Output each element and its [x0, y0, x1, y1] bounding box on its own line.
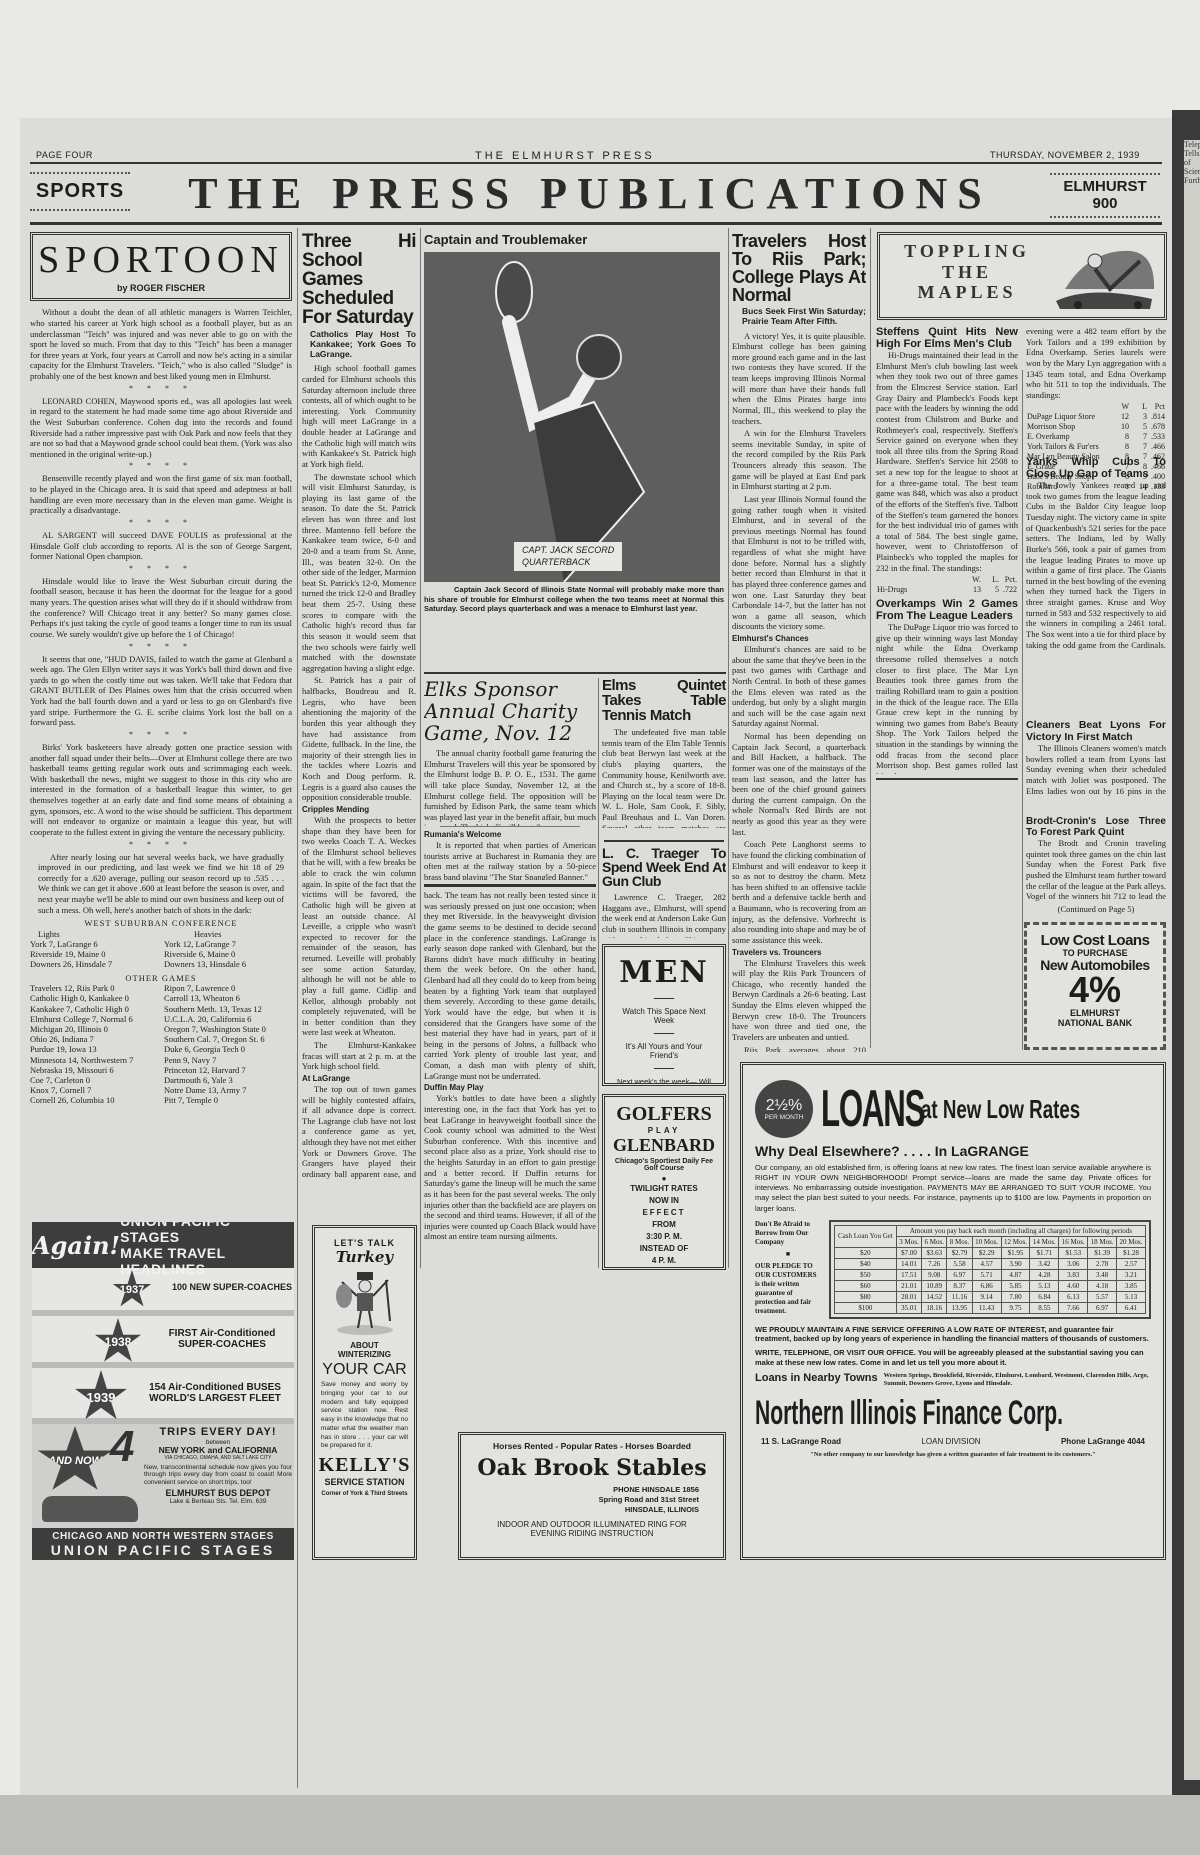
- hi-school-article: Three Hi School Games Scheduled For Satu…: [302, 232, 416, 1182]
- paper-name: THE ELMHURST PRESS: [475, 150, 655, 162]
- score-line: Michigan 20, Illinois 0: [30, 1024, 158, 1034]
- trips-headline: TRIPS EVERY DAY!: [144, 1426, 292, 1439]
- cell: $40: [835, 1258, 897, 1269]
- cell: $1.53: [1059, 1247, 1088, 1258]
- cell: 3.90: [1001, 1258, 1030, 1269]
- article-headline: Overkamps Win 2 Games From The League Le…: [876, 598, 1018, 622]
- separator-stars: * * * *: [30, 564, 292, 574]
- table-header-row: W.L.Pct.: [876, 575, 1018, 585]
- rates-line: EFFECT: [605, 1207, 723, 1219]
- lets-talk: LET'S TALK: [315, 1238, 414, 1248]
- article-paragraph: The Illinois Cleaners women's match bowl…: [1026, 743, 1166, 798]
- score-line: Catholic High 0, Kankakee 0: [30, 993, 158, 1003]
- stat-cell: 7: [1130, 442, 1148, 452]
- cell: 8.55: [1030, 1302, 1059, 1313]
- stat-cell: 7: [1130, 432, 1148, 442]
- ad-footer: CHICAGO AND NORTH WESTERN STAGES UNION P…: [32, 1528, 294, 1560]
- lights-label: Lights: [30, 929, 158, 939]
- article-paragraph: It is reported that when parties of Amer…: [424, 840, 596, 880]
- header-cell: Pct: [1148, 402, 1166, 412]
- trips-section: AND NOW 4 TRIPS EVERY DAY! between NEW Y…: [32, 1424, 294, 1528]
- table-row: $8028.0114.5211.169.147.806.846.135.575.…: [835, 1291, 1146, 1302]
- score-line: Downers 26, Hinsdale 7: [30, 959, 158, 969]
- twilight-rates: TWILIGHT RATES NOW IN EFFECT FROM 3:30 P…: [605, 1183, 723, 1267]
- stables-footer: INDOOR AND OUTDOOR ILLUMINATED RING FOR …: [481, 1520, 703, 1538]
- stat-cell: 8: [1112, 432, 1130, 442]
- sportoon-paragraph: AL SARGENT will succeed DAVE FOULIS as p…: [30, 530, 292, 562]
- cell: $2.79: [947, 1247, 972, 1258]
- sportoon-paragraph: LEONARD COHEN, Maywood sports ed., was a…: [30, 396, 292, 460]
- cell: 17.51: [896, 1269, 921, 1280]
- article-paragraph: Riis Park averages about 210 pounds thro…: [732, 1045, 866, 1052]
- bank-name: ELMHURST: [1027, 1008, 1163, 1018]
- article-headline: Elks Sponsor Annual Charity Game, Nov. 1…: [424, 678, 596, 744]
- article-headline: Brodt-Cronin's Lose Three To Forest Park…: [1026, 816, 1166, 838]
- golfers-heading: GOLFERS: [605, 1103, 723, 1126]
- article-paragraph: evening were a 482 team effort by the Yo…: [1026, 326, 1166, 400]
- team-cell: Morrison Shop: [1026, 422, 1112, 432]
- cell: 18.16: [922, 1302, 947, 1313]
- subsection-heading: Elmhurst's Chances: [732, 634, 866, 644]
- column-divider: [297, 228, 298, 1788]
- station-address: Corner of York & Third Streets: [315, 1491, 414, 1497]
- column-divider: [598, 678, 599, 1268]
- cell: 9.14: [972, 1291, 1001, 1302]
- cell: 4.60: [1059, 1280, 1088, 1291]
- article-headline: Three Hi School Games Scheduled For Satu…: [302, 232, 416, 327]
- subsection-heading: Travelers vs. Trouncers: [732, 948, 866, 958]
- article-headline: Elms Quintet Takes Table Tennis Match: [602, 678, 726, 723]
- article-subhead: Bucs Seek First Win Saturday; Prairie Te…: [742, 307, 866, 327]
- cell: 11.16: [947, 1291, 972, 1302]
- cell: 14.01: [896, 1258, 921, 1269]
- table-row: $5017.519.086.975.714.874.283.833.483.21: [835, 1269, 1146, 1280]
- golf-address: Roosevelt Rd. at Glen Ellyn: [605, 1267, 723, 1270]
- photo-label: CAPT. JACK SECORD QUARTERBACK: [514, 542, 622, 571]
- article-paragraph: Elmhurst's chances are said to be about …: [732, 644, 866, 729]
- year-row: 1938 FIRST Air-Conditioned SUPER-COACHES: [32, 1316, 294, 1368]
- badge-rate: 2½%: [766, 1098, 802, 1114]
- glenbard-heading: GLENBARD: [605, 1135, 723, 1156]
- banner-title: TOPPLING THE MAPLES: [892, 241, 1042, 303]
- article-paragraph: The Elmhurst-Kankakee fracas will start …: [302, 1040, 416, 1072]
- column-divider: [728, 228, 729, 1268]
- conference-scores: Lights Heavies York 7, LaGrange 6 York 1…: [30, 929, 292, 970]
- cell: 7.80: [1001, 1291, 1030, 1302]
- bus-icon: [42, 1496, 138, 1522]
- contact-line: Spring Road and 31st Street: [461, 1495, 699, 1505]
- score-line: Downers 13, Hinsdale 6: [164, 959, 292, 969]
- steffens-article: Steffens Quint Hits New High For Elms Me…: [876, 326, 1018, 594]
- kellys-service-ad: LET'S TALK Turkey ABOUT WINTERIZING YOUR…: [312, 1225, 417, 1560]
- again-script: Again!: [32, 1231, 120, 1260]
- article-paragraph: The downstate school which will visit El…: [302, 472, 416, 674]
- stat-cell: 13: [964, 585, 982, 594]
- sidebar-text: OUR PLEDGE TO OUR CUSTOMERS is their wri…: [755, 1262, 821, 1317]
- banner-line: THE: [892, 262, 1042, 283]
- phone-exchange: ELMHURST: [1050, 178, 1160, 195]
- star-icon: 1937: [112, 1270, 152, 1310]
- cell: 35.01: [896, 1302, 921, 1313]
- bank-line: Low Cost Loans: [1027, 933, 1163, 948]
- northern-illinois-finance-ad: 2½% PER MONTH LOANS at New Low Rates Why…: [740, 1062, 1166, 1560]
- score-line: Southern Cal. 7, Oregon St. 6: [164, 1034, 292, 1044]
- score-line: Elmhurst College 7, Normal 6: [30, 1014, 158, 1024]
- table-row: York Tailors & Fur'ers87.466: [1026, 442, 1166, 452]
- subsection-heading: Rumania's Welcome: [424, 830, 596, 840]
- loans-headline-rest: at New Low Rates: [921, 1094, 1080, 1125]
- table-row: DuPage Liquor Store123.814: [1026, 412, 1166, 422]
- header-cell: Amount you pay back each month (includin…: [896, 1225, 1145, 1236]
- pilgrim-illustration-icon: [330, 1266, 400, 1336]
- sportoon-paragraph: Hinsdale would like to leave the West Su…: [30, 576, 292, 640]
- score-line: Penn 9, Navy 7: [164, 1055, 292, 1065]
- header-cell: L: [1130, 402, 1148, 412]
- header-cell: [1026, 402, 1112, 412]
- bank-name: NATIONAL BANK: [1027, 1018, 1163, 1028]
- article-paragraph: York's battles to date have been a sligh…: [424, 1093, 596, 1242]
- photo-caption: Captain Jack Secord of Illinois State No…: [424, 585, 724, 613]
- score-line: Ripon 7, Lawrence 0: [164, 983, 292, 993]
- cell: $3.63: [922, 1247, 947, 1258]
- separator-stars: * * * *: [30, 518, 292, 528]
- loans-write-text: WRITE, TELEPHONE, OR VISIT OUR OFFICE. Y…: [755, 1348, 1151, 1368]
- score-line: Carroll 13, Wheaton 6: [164, 993, 292, 1003]
- elmhurst-national-bank-ad: Low Cost Loans TO PURCHASE New Automobil…: [1024, 922, 1166, 1050]
- score-line: Knox 7, Cornell 7: [30, 1085, 158, 1095]
- oak-brook-stables-ad: Horses Rented - Popular Rates - Horses B…: [458, 1432, 726, 1560]
- cell: 2.57: [1117, 1258, 1146, 1269]
- cell: 3.85: [1117, 1280, 1146, 1291]
- score-line: Oregon 7, Washington State 0: [164, 1024, 292, 1034]
- stat-cell: .814: [1148, 412, 1166, 422]
- team-cell: Hi-Drugs: [876, 585, 964, 594]
- cell: 5.13: [1030, 1280, 1059, 1291]
- team-cell: E. Overkamp: [1026, 432, 1112, 442]
- about-text: ABOUT: [315, 1341, 414, 1350]
- article-paragraph: Lawrence C. Traeger, 282 Haggans ave., E…: [602, 892, 726, 938]
- traeger-article: L. C. Traeger To Spend Week End At Gun C…: [602, 846, 726, 938]
- cell: 28.01: [896, 1291, 921, 1302]
- loans-sidebar: Don't Be Afraid to Borrow from Our Compa…: [755, 1220, 821, 1319]
- sidebar-text: Don't Be Afraid to Borrow from Our Compa…: [755, 1220, 821, 1247]
- cell: $1.39: [1088, 1247, 1117, 1258]
- ad-line: Watch This Space Next Week: [605, 1007, 723, 1025]
- score-line: Riverside 6, Maine 0: [164, 949, 292, 959]
- company-phone: Phone LaGrange 4044: [1061, 1437, 1145, 1446]
- stat-cell: 3: [1130, 412, 1148, 422]
- ad-line: It's All Yours and Your Friend's: [605, 1042, 723, 1060]
- section-rule: [424, 884, 596, 887]
- cell: 13.95: [947, 1302, 972, 1313]
- cell: 10.89: [922, 1280, 947, 1291]
- score-line: Southern Meth. 13, Texas 12: [164, 1004, 292, 1014]
- cell: 3.21: [1117, 1269, 1146, 1280]
- cell: $50: [835, 1269, 897, 1280]
- loans-table-row: Don't Be Afraid to Borrow from Our Compa…: [755, 1220, 1151, 1319]
- cell: 7.26: [922, 1258, 947, 1269]
- cell: 5.13: [1117, 1291, 1146, 1302]
- header-cell: 6 Mos.: [922, 1236, 947, 1247]
- heavies-label: Heavies: [164, 929, 292, 939]
- rates-line: FROM: [605, 1219, 723, 1231]
- separator-stars: * * * *: [30, 461, 292, 471]
- depot-address: Lake & Berteau Sts. Tel. Elm. 639: [144, 1498, 292, 1505]
- square-icon: ■: [755, 1250, 821, 1259]
- stat-cell: 5: [1130, 422, 1148, 432]
- rates-line: TWILIGHT RATES: [605, 1183, 723, 1195]
- separator-stars: * * * *: [30, 730, 292, 740]
- article-paragraph: St. Patrick has a pair of halfbacks, Bou…: [302, 675, 416, 803]
- cell: 4.18: [1088, 1280, 1117, 1291]
- romania-item: Rumania's Welcome It is reported that wh…: [424, 830, 596, 880]
- cell: 3.42: [1030, 1258, 1059, 1269]
- column-divider: [870, 228, 871, 1048]
- label-line: QUARTERBACK: [522, 557, 614, 568]
- men-title: MEN: [605, 955, 723, 990]
- separator-stars: * * * *: [30, 384, 292, 394]
- score-line: U.C.L.A. 20, California 6: [164, 1014, 292, 1024]
- year-row: 1939 154 Air-Conditioned BUSES WORLD'S L…: [32, 1368, 294, 1424]
- table-row: $4014.017.265.584.573.903.423.062.782.57: [835, 1258, 1146, 1269]
- cell: 5.71: [972, 1269, 1001, 1280]
- table-header-row: Cash Loan You Get Amount you pay back ea…: [835, 1225, 1146, 1236]
- score-line: York 12, LaGrange 7: [164, 939, 292, 949]
- cell: 5.85: [1001, 1280, 1030, 1291]
- trips-copy: TRIPS EVERY DAY! between NEW YORK and CA…: [144, 1426, 292, 1506]
- score-line: Pitt 7, Temple 0: [164, 1095, 292, 1105]
- score-line: Travelers 12, Riis Park 0: [30, 983, 158, 993]
- ad-body: Save money and worry by bringing your ca…: [315, 1381, 414, 1451]
- york-continued-article: back. The team has not really been teste…: [424, 890, 596, 1268]
- article-paragraph: The Elmhurst Travelers this week will pl…: [732, 958, 866, 1043]
- company-contact-row: 11 S. LaGrange Road LOAN DIVISION Phone …: [755, 1437, 1151, 1446]
- sportoon-paragraph: Without a doubt the dean of all athletic…: [30, 307, 292, 381]
- year-text: 100 NEW SUPER-COACHES: [172, 1282, 292, 1292]
- cell: 6.41: [1117, 1302, 1146, 1313]
- play-text: PLAY: [605, 1126, 723, 1135]
- cell: 6.84: [1030, 1291, 1059, 1302]
- bowler-illustration-icon: [1050, 239, 1162, 315]
- cell: 6.13: [1059, 1291, 1088, 1302]
- continued-note: (Continued on Page 5): [1026, 904, 1166, 918]
- footer-line: UNION PACIFIC STAGES: [32, 1542, 294, 1558]
- table-row: $20$7.00$3.63$2.79$2.29$1.95$1.71$1.53$1…: [835, 1247, 1146, 1258]
- team-cell: DuPage Liquor Store: [1026, 412, 1112, 422]
- cell: 3.83: [1059, 1269, 1088, 1280]
- table-row: $10035.0118.1613.9511.439.758.557.666.97…: [835, 1302, 1146, 1313]
- cell: 4.28: [1030, 1269, 1059, 1280]
- article-paragraph: Normal has been depending on Captain Jac…: [732, 731, 866, 837]
- cell: $2.29: [972, 1247, 1001, 1258]
- article-paragraph: Last year Illinois Normal found the goin…: [732, 494, 866, 632]
- cell: $20: [835, 1247, 897, 1258]
- your-car-heading: YOUR CAR: [315, 1361, 414, 1379]
- header-cell: 12 Mos.: [1001, 1236, 1030, 1247]
- header-cell: Cash Loan You Get: [835, 1225, 897, 1247]
- column-divider: [1022, 370, 1023, 1050]
- score-line: Cornell 26, Columbia 10: [30, 1095, 158, 1105]
- sportoon-header: SPORTOON by ROGER FISCHER: [30, 232, 292, 301]
- subsection-heading: At LaGrange: [302, 1074, 416, 1084]
- contact-line: HINSDALE, ILLINOIS: [461, 1505, 699, 1515]
- team-cell: York Tailors & Fur'ers: [1026, 442, 1112, 452]
- stat-cell: 10: [1112, 422, 1130, 432]
- article-paragraph: The Brodt and Cronin traveling quintet t…: [1026, 838, 1166, 902]
- separator-stars: * * * *: [30, 840, 292, 850]
- score-line: Purdue 19, Iowa 13: [30, 1044, 158, 1054]
- issue-date: THURSDAY, NOVEMBER 2, 1939: [990, 150, 1140, 160]
- union-pacific-ad: Again! UNION PACIFIC STAGES MAKE TRAVEL …: [32, 1222, 294, 1560]
- rates-line: INSTEAD OF: [605, 1243, 723, 1255]
- byline: by ROGER FISCHER: [37, 283, 285, 294]
- header-cell: W.: [964, 575, 982, 585]
- cell: 3.06: [1059, 1258, 1088, 1269]
- footer-line: CHICAGO AND NORTH WESTERN STAGES: [32, 1531, 294, 1542]
- rates-line: 3:30 P. M.: [605, 1231, 723, 1243]
- header-cell: [876, 575, 964, 585]
- payment-table: Cash Loan You Get Amount you pay back ea…: [834, 1225, 1146, 1314]
- score-line: Ohio 26, Indiana 7: [30, 1034, 158, 1044]
- header-cell: 18 Mos.: [1088, 1236, 1117, 1247]
- ad-banner: Again! UNION PACIFIC STAGES MAKE TRAVEL …: [32, 1222, 294, 1268]
- divider: [440, 826, 580, 827]
- stables-tagline: Horses Rented - Popular Rates - Horses B…: [461, 1441, 723, 1451]
- stat-cell: .533: [1148, 432, 1166, 442]
- payment-table-box: Cash Loan You Get Amount you pay back ea…: [829, 1220, 1151, 1319]
- cell: 9.75: [1001, 1302, 1030, 1313]
- article-subhead: Catholics Play Host To Kankakee; York Go…: [310, 330, 416, 359]
- table-row: E. Overkamp87.533: [1026, 432, 1166, 442]
- article-paragraph: High school football games carded for El…: [302, 363, 416, 469]
- cell: 6.97: [947, 1269, 972, 1280]
- banner-line: TOPPLING: [892, 241, 1042, 262]
- article-paragraph: The DuPage Liquor trio was forced to giv…: [876, 622, 1018, 774]
- year-row: 1937 100 NEW SUPER-COACHES: [32, 1268, 294, 1316]
- masthead: THE PRESS PUBLICATIONS: [160, 168, 1020, 219]
- header-cell: 10 Mos.: [972, 1236, 1001, 1247]
- column-divider: [420, 228, 421, 1268]
- header-cell: 16 Mos.: [1059, 1236, 1088, 1247]
- rates-line: NOW IN: [605, 1195, 723, 1207]
- article-headline: Travelers Host To Riis Park; College Pla…: [732, 232, 866, 304]
- nearby-label: Loans in Nearby Towns: [755, 1372, 878, 1384]
- article-paragraph: A win for the Elmhurst Travelers seems i…: [732, 428, 866, 492]
- cleaners-article: Cleaners Beat Lyons For Victory In First…: [1026, 720, 1166, 798]
- cell: $1.95: [1001, 1247, 1030, 1258]
- article-paragraph: The lowly Yankees reared up and took two…: [1026, 480, 1166, 652]
- stat-cell: .722: [1000, 585, 1018, 594]
- article-paragraph: The top out of town games will be highly…: [302, 1084, 416, 1182]
- kellys-brand: KELLY'S: [315, 1454, 414, 1477]
- article-headline: L. C. Traeger To Spend Week End At Gun C…: [602, 846, 726, 888]
- men-ad: MEN Watch This Space Next Week It's All …: [602, 944, 726, 1086]
- table-row: Hi-Drugs135.722: [876, 585, 1018, 594]
- cell: 3.48: [1088, 1269, 1117, 1280]
- star-icon: 1939: [74, 1370, 128, 1424]
- cell: $80: [835, 1291, 897, 1302]
- table-row: Morrison Shop105.678: [1026, 422, 1166, 432]
- divider: [654, 1068, 674, 1069]
- sportoon-column: SPORTOON by ROGER FISCHER Without a doub…: [30, 232, 292, 1322]
- header-cell: 8 Mos.: [947, 1236, 972, 1247]
- subsection-heading: Cripples Mending: [302, 805, 416, 815]
- year-text: FIRST Air-Conditioned SUPER-COACHES: [157, 1328, 287, 1350]
- divider: [654, 998, 674, 999]
- loans-big-word: LOANS: [821, 1079, 881, 1139]
- score-line: Notre Dame 13, Army 7: [164, 1085, 292, 1095]
- article-paragraph: The undefeated five man table tennis tea…: [602, 727, 726, 828]
- nearby-towns: Western Springs, Brookfield, Riverside, …: [884, 1372, 1151, 1388]
- bullet-icon: ●: [605, 1174, 723, 1183]
- loans-subhead: Why Deal Elsewhere? . . . . In LaGRANGE: [755, 1143, 1151, 1159]
- loans-intro: Our company, an old established firm, is…: [755, 1163, 1151, 1214]
- table-header-row: WLPct: [1026, 402, 1166, 412]
- article-headline: Steffens Quint Hits New High For Elms Me…: [876, 326, 1018, 350]
- year-text: 154 Air-Conditioned BUSES WORLD'S LARGES…: [140, 1382, 290, 1404]
- header-cell: 20 Mos.: [1117, 1236, 1146, 1247]
- headline-line: UNION PACIFIC STAGES: [120, 1222, 294, 1245]
- section-rule: [604, 840, 724, 842]
- sportoon-paragraph: After nearly losing our hat several week…: [30, 852, 292, 916]
- company-address: 11 S. LaGrange Road: [761, 1437, 841, 1446]
- contact-line: PHONE HINSDALE 1856: [461, 1485, 699, 1495]
- star-icon: 1938: [94, 1318, 142, 1366]
- scan-bottom-margin: [0, 1795, 1200, 1855]
- rate-display: 4%: [1027, 972, 1163, 1008]
- cell: 11.43: [972, 1302, 1001, 1313]
- conference-heading: WEST SUBURBAN CONFERENCE: [30, 918, 292, 929]
- cell: 6.86: [972, 1280, 1001, 1291]
- glenbard-golf-ad: GOLFERS PLAY GLENBARD Chicago's Sporties…: [602, 1094, 726, 1270]
- elks-article: Elks Sponsor Annual Charity Game, Nov. 1…: [424, 678, 596, 826]
- article-paragraph: back. The team has not really been teste…: [424, 890, 596, 1081]
- standings-table: W.L.Pct. Hi-Drugs135.722 Plambeck's Rich…: [876, 575, 1018, 594]
- company-quote: "No other company to our knowledge has g…: [805, 1451, 1101, 1458]
- other-games-heading: OTHER GAMES: [30, 973, 292, 984]
- table-row: $6021.0110.898.376.865.855.134.604.183.8…: [835, 1280, 1146, 1291]
- cell: $1.28: [1117, 1247, 1146, 1258]
- rates-line: 4 P. M.: [605, 1255, 723, 1267]
- stables-contact: PHONE HINSDALE 1856 Spring Road and 31st…: [461, 1485, 723, 1514]
- score-line: Kankakee 7, Catholic High 0: [30, 1004, 158, 1014]
- phone-box: ELMHURST 900: [1050, 173, 1160, 218]
- player-silhouette-icon: [424, 252, 720, 582]
- cell: 7.66: [1059, 1302, 1088, 1313]
- company-name: Northern Illinois Finance Corp.: [755, 1394, 1001, 1433]
- station-label: SERVICE STATION: [315, 1477, 414, 1487]
- cell: 14.52: [922, 1291, 947, 1302]
- banner-line: MAPLES: [892, 282, 1042, 303]
- trips-body: New, transcontinental schedule now gives…: [144, 1464, 292, 1486]
- cell: 21.01: [896, 1280, 921, 1291]
- header-rule-bottom: [30, 222, 1162, 225]
- page-number: PAGE FOUR: [36, 150, 93, 160]
- cell: 5.57: [1088, 1291, 1117, 1302]
- score-line: Princeton 12, Harvard 7: [164, 1065, 292, 1075]
- yanks-article: Yanks Whip Cubs To Close Up Gap of Teams…: [1026, 456, 1166, 652]
- toppling-the-maples-banner: TOPPLING THE MAPLES: [877, 232, 1167, 320]
- overkamps-article: Overkamps Win 2 Games From The League Le…: [876, 598, 1018, 774]
- cell: $60: [835, 1280, 897, 1291]
- score-line: Minnesota 14, Northwestern 7: [30, 1055, 158, 1065]
- travelers-article: Travelers Host To Riis Park; College Pla…: [732, 232, 866, 1052]
- badge-label: PER MONTH: [765, 1114, 804, 1121]
- score-line: Riverside 19, Maine 0: [30, 949, 158, 959]
- header-cell: W: [1112, 402, 1130, 412]
- header-cell: L.: [982, 575, 1000, 585]
- article-paragraph: The annual charity football game featuri…: [424, 748, 596, 826]
